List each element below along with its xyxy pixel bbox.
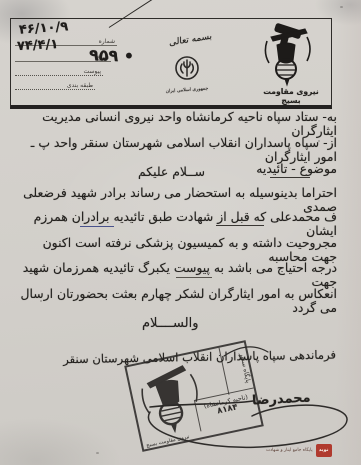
letter-line-2: ف محمدعلی که قبل از شهادت طبق تائیدیه بر… (19, 210, 337, 238)
basij-logo-icon (261, 23, 313, 87)
underline-sheet-word (176, 277, 212, 278)
iran-emblem-icon (173, 55, 201, 87)
stamp-region-cell: (ناحیه کرمانشاه) ۸۱۸۴ (194, 387, 260, 431)
basij-logo-caption: نیروی مقاومت بسیج (253, 87, 329, 105)
underline-subject-word (270, 177, 310, 178)
letter-line-4: درجه احتیاج می باشد به پیوست یکبرگ تائید… (19, 261, 337, 289)
archive-watermark: پایگاه جامع ایثار و شهادت نوید (266, 444, 332, 457)
scan-speck (96, 452, 99, 454)
field-number-label: شماره (99, 38, 115, 45)
field-classification-label: طبقه بندی (67, 82, 93, 89)
letter-line-to: به- ستاد سپاه ناحیه کرمانشاه واحد نیروی … (19, 110, 337, 138)
closing-text: والســــلام (142, 316, 199, 331)
scan-speck (40, 300, 42, 302)
bismillah-calligraphy: بسمه تعالی (169, 32, 212, 49)
watermark-logo-badge: نوید (316, 444, 332, 457)
field-attachment-label: پیوست (84, 68, 102, 75)
watermark-site-text: پایگاه جامع ایثار و شهادت (266, 448, 313, 453)
handwritten-slash-mark (109, 0, 153, 28)
signature-name: محمدرضا (252, 390, 311, 408)
stamp-emblem-icon (130, 357, 209, 439)
scanned-letter-page: شماره تاریخ پیوست طبقه بندی ۴۶/۱۰/۹ ۷۴/۴… (0, 0, 361, 465)
field-attachment: پیوست (15, 64, 103, 76)
iran-emblem-caption: جمهوری اسلامی ایران (159, 86, 215, 95)
underline-martyrdom-word (216, 225, 264, 226)
letter-line-from: از- سپاه پاسداران انقلاب اسلامی شهرستان … (19, 136, 337, 164)
scan-speck (340, 6, 343, 8)
field-classification: طبقه بندی (15, 78, 95, 90)
letter-line-5: انعکاس به امور ایثارگران لشکر چهارم بعثت… (19, 287, 337, 315)
handwritten-date: ۷۴/۴/۱ (17, 37, 59, 54)
salutation-text: ســلام علیکم (138, 164, 205, 179)
letterhead-box: شماره تاریخ پیوست طبقه بندی ۴۶/۱۰/۹ ۷۴/۴… (10, 18, 332, 109)
handwritten-attach-number: ۹۵۹ • (89, 45, 135, 66)
scan-speck (318, 140, 320, 142)
underline-comrade-word (80, 226, 114, 227)
